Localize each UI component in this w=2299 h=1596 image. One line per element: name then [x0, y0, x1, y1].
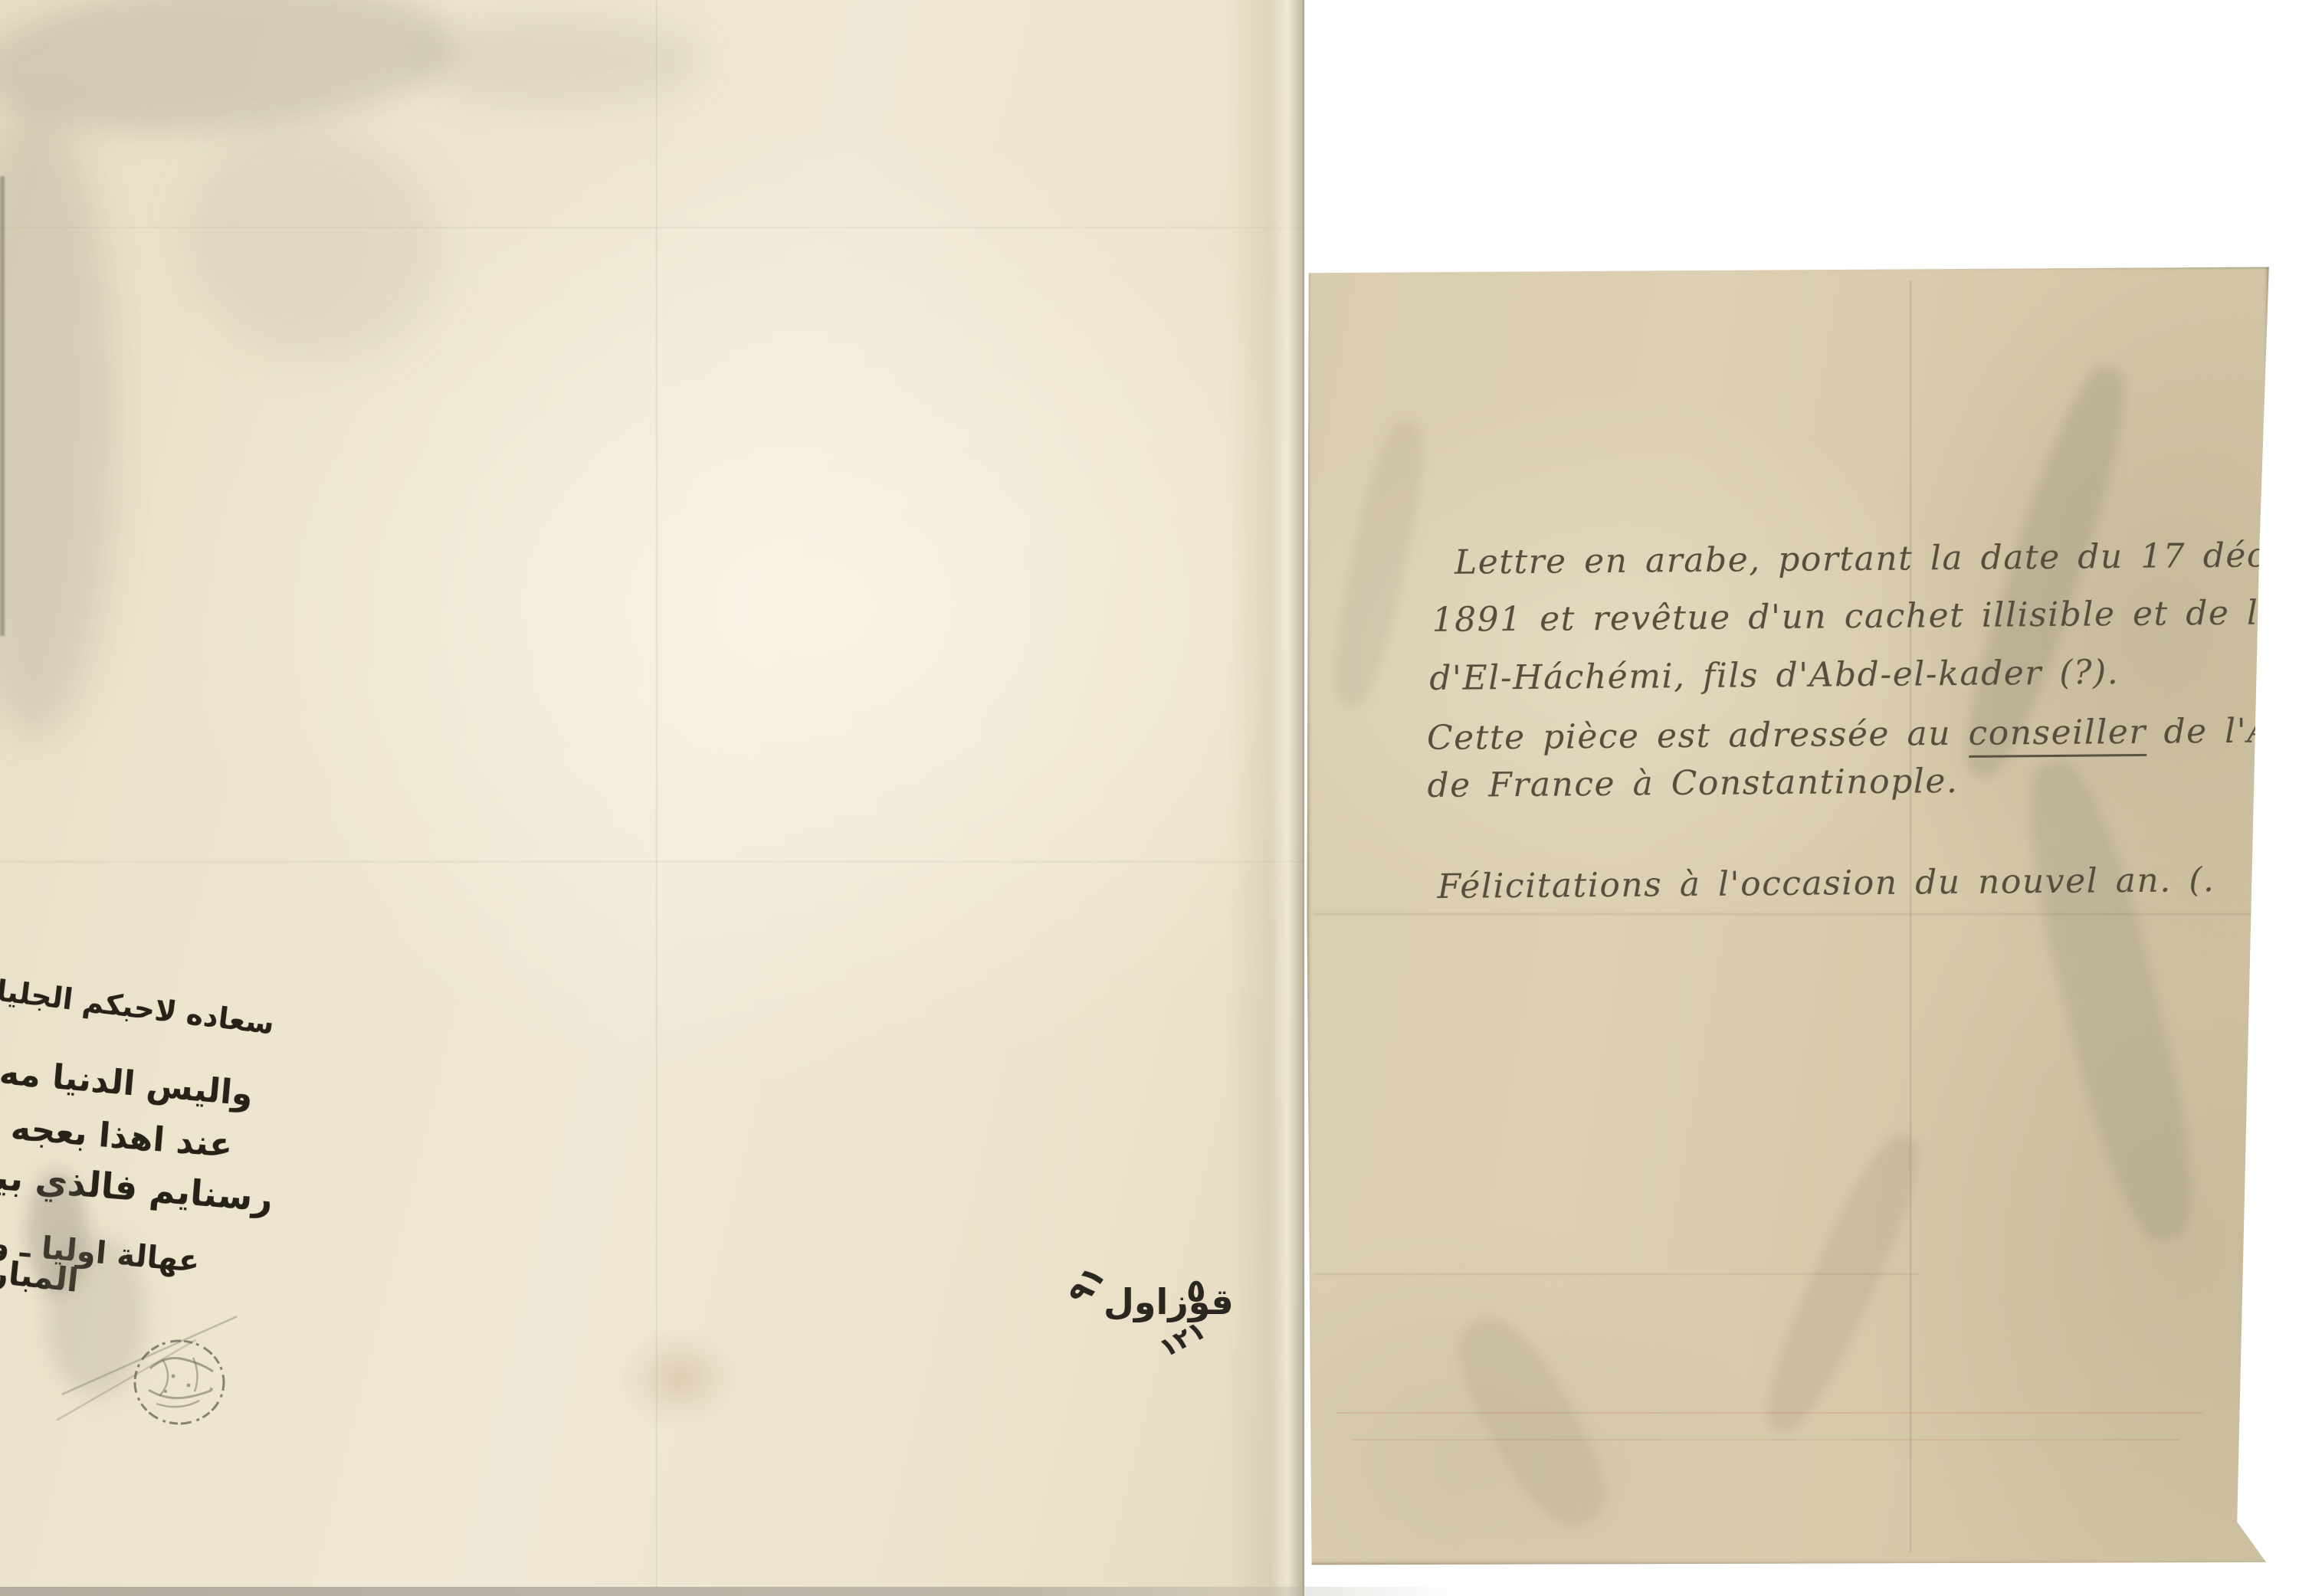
scanner-edge-strip [0, 1587, 1460, 1596]
french-line-2: 1891 et revêtue d'un cachet illisible et… [1432, 592, 2299, 640]
smudge-left-edge [0, 107, 115, 736]
date-word-note: قوزاول [1104, 1281, 1234, 1322]
french-line-4-pre: Cette pièce est adressée au [1427, 714, 1969, 758]
brown-stain [618, 1327, 742, 1428]
french-line-3: d'El-Háchémi, fils d'Abd-el-kader (?). [1429, 653, 2119, 698]
smudge-top-center [414, 15, 705, 107]
arabic-text-line-1: سعاده لاحبكم الجليلكم المحتشم منت ـ دولت… [0, 880, 276, 1043]
french-note: Lettre en arabe, portant la date du 17 d… [1300, 261, 2276, 1571]
french-word-conseiller-underlined: conseiller [1968, 713, 2146, 758]
left-letter-page: ںمهـسرو ماللت حمد حمسد اولت مرو سهل سهل … [0, 0, 1304, 1596]
scanned-document-pair: ںمهـسرو ماللت حمد حمسد اولت مرو سهل سهل … [0, 0, 2299, 1596]
smudge-diagonal [153, 93, 476, 398]
horizontal-fold-line [0, 861, 1304, 864]
french-line-5: de France à Constantinople. [1427, 762, 1958, 805]
french-line-4-post: de l'Ambassade [2146, 710, 2299, 751]
page-edge-band [1228, 0, 1304, 1596]
horizontal-fold-line-faint [0, 227, 1304, 228]
smudge-top [0, 0, 457, 146]
round-seal-stamp [129, 1336, 230, 1430]
french-line-6: Félicitations à l'occasion du nouvel an.… [1437, 860, 2215, 906]
scan-edge-mark [0, 176, 5, 636]
french-line-4: Cette pièce est adressée au conseiller d… [1427, 710, 2299, 758]
right-note-page: Lettre en arabe, portant la date du 17 d… [1306, 265, 2270, 1566]
french-line-1: Lettre en arabe, portant la date du 17 d… [1455, 535, 2299, 582]
